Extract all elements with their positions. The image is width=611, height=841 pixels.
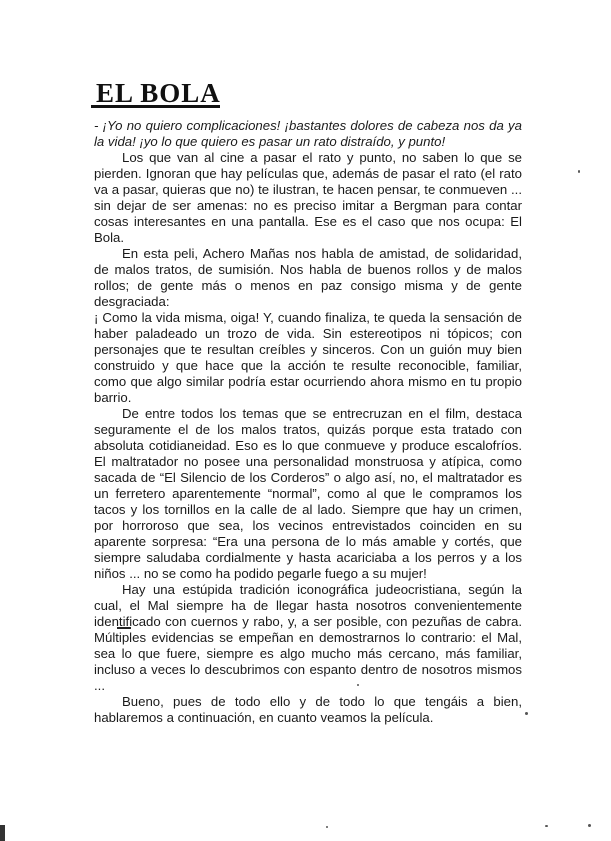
scan-speck <box>525 712 528 715</box>
scan-speck <box>326 826 328 828</box>
end-dash-mark <box>117 627 131 629</box>
title-underline <box>91 105 220 108</box>
paragraph: ¡ Como la vida misma, oiga! Y, cuando fi… <box>94 310 522 406</box>
scan-speck <box>588 824 591 827</box>
scan-edge-mark <box>0 825 5 841</box>
paragraph: En esta peli, Achero Mañas nos habla de … <box>94 246 522 310</box>
document-body: - ¡Yo no quiero complicaciones! ¡bastant… <box>94 118 522 726</box>
opening-quote: - ¡Yo no quiero complicaciones! ¡bastant… <box>94 118 522 150</box>
paragraph: Hay una estúpida tradición iconográfica … <box>94 582 522 694</box>
scan-speck <box>545 825 548 827</box>
scan-speck <box>357 684 359 686</box>
paragraph: Bueno, pues de todo ello y de todo lo qu… <box>94 694 522 726</box>
paragraph: Los que van al cine a pasar el rato y pu… <box>94 150 522 246</box>
paragraph: De entre todos los temas que se entrecru… <box>94 406 522 582</box>
scan-speck <box>578 170 580 173</box>
